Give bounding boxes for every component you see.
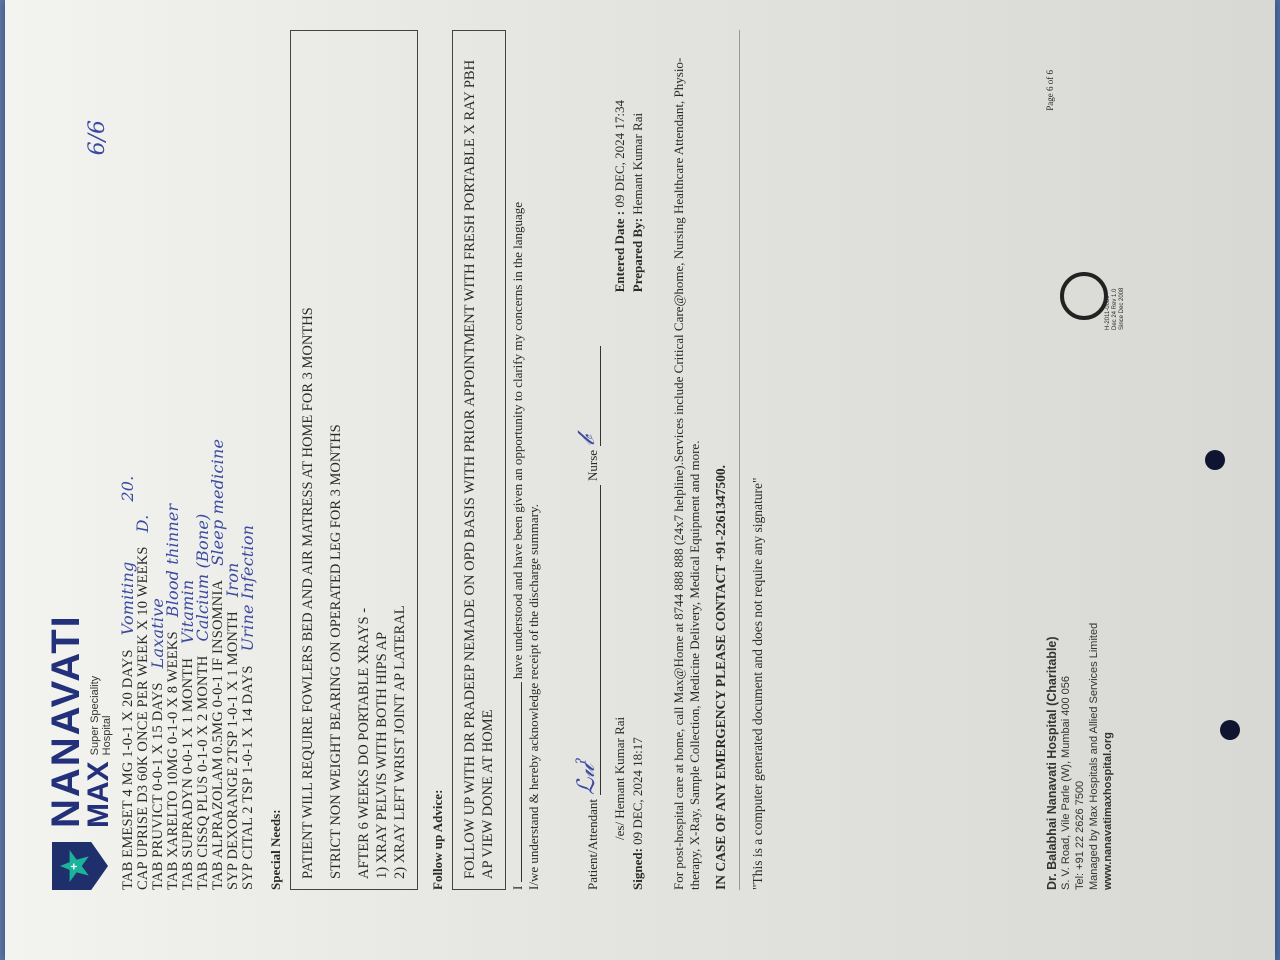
footer-hospital-name: Dr. Balabhai Nanavati Hospital (Charitab… [1045,623,1059,890]
special-needs-label: Special Needs: [268,30,284,890]
handwritten-note: Urine Infection [241,525,256,652]
certification-text: H-2011-0089Dec 24 Rev 1.0Since Dec 2008 [1105,288,1126,330]
medication-item: SYP DEXORANGE 2TSP 1-0-1 X 1 MONTHIron [226,30,241,890]
emergency-contact: IN CASE OF ANY EMERGENCY PLEASE CONTACT … [713,30,729,890]
medication-text: TAB PRUVICT 0-0-1 X 15 DAYS [151,682,166,890]
footer-address: S. V. Road, Vile Parle (W), Mumbai 400 0… [1059,623,1073,890]
certification-seal-icon [1060,272,1108,320]
special-need-line: 2) XRAY LEFT WRIST JOINT AP LATERAL [391,41,409,879]
prepared-by: Hemant Kumar Rai [630,113,645,215]
document-body: + NANAVATI MAX Super Speciality Hospital… [45,30,766,890]
footer-tel: Tel: +91 22 2626 7500 [1073,623,1087,890]
medication-item: TAB SUPRADYN 0-0-1 X 1 MONTHVitamin [181,30,196,890]
medication-item: TAB PRUVICT 0-0-1 X 15 DAYSLaxative [151,30,166,890]
post-care-info: For post-hospital care at home, call Max… [671,30,703,890]
special-need-line: STRICT NON WEIGHT BEARING ON OPERATED LE… [327,41,345,879]
hospital-logo: + NANAVATI MAX Super Speciality Hospital [45,30,115,890]
acknowledgement-line-2: I/we understand & hereby acknowledge rec… [526,504,541,890]
medication-text: SYP DEXORANGE 2TSP 1-0-1 X 1 MONTH [226,611,241,890]
brand-subtitle-2: Hospital [101,676,113,756]
signed-date: 09 DEC, 2024 18:17 [630,737,645,845]
follow-up-text: FOLLOW UP WITH DR PRADEEP NEMADE ON OPD … [461,41,497,879]
punch-hole [1205,450,1225,470]
special-need-line: PATIENT WILL REQUIRE FOWLERS BED AND AIR… [299,41,317,879]
acknowledgement: I have understood and have been given an… [510,30,542,890]
handwritten-note: 20. [121,476,136,502]
medication-text: SYP CITAL 2 TSP 1-0-1 X 14 DAYS [241,665,256,890]
medication-text: TAB CISSQ PLUS 0-1-0 X 2 MONTH [196,656,211,890]
brand-name-2: MAX [85,761,113,828]
follow-up-label: Follow up Advice: [430,30,446,890]
medication-item: SYP CITAL 2 TSP 1-0-1 X 14 DAYSUrine Inf… [241,30,256,890]
medication-list: TAB EMESET 4 MG 1-0-1 X 20 DAYSVomiting2… [121,30,256,890]
signing-block: /es/ Hemant Kumar Rai Signed: 09 DEC, 20… [611,30,647,890]
hospital-footer: Dr. Balabhai Nanavati Hospital (Charitab… [1045,623,1115,890]
medication-text: TAB SUPRADYN 0-0-1 X 1 MONTH [181,658,196,890]
document-photo: 6/6 + NANAVATI MAX Super Speciality Hosp… [0,0,1280,960]
medication-item: CAP UPRISE D3 60K ONCE PER WEEK X 10 WEE… [136,30,151,890]
brand-name: NANAVATI [47,614,85,828]
medication-item: TAB EMESET 4 MG 1-0-1 X 20 DAYSVomiting2… [121,30,136,890]
signature-row: Patient/Attendant ℒ𝓊ˀ Nurse 𝒷 [572,30,601,890]
special-needs-box: PATIENT WILL REQUIRE FOWLERS BED AND AIR… [290,30,418,890]
handwritten-note: D. [136,515,151,533]
handwritten-note: Vomiting [121,562,136,636]
medication-item: TAB ALPRAZOLAM 0.5MG 0-0-1 IF INSOMNIASl… [211,30,226,890]
special-need-line: AFTER 6 WEEKS DO PORTABLE XRAYS - [355,41,373,879]
logo-shield-icon: + [52,842,108,890]
disclaimer: "This is a computer generated document a… [750,30,766,890]
special-need-line: 1) XRAY PELVIS WITH BOTH HIPS AP [373,41,391,879]
nurse-signature-line: 𝒷 [572,346,601,446]
nurse-label: Nurse [585,450,601,481]
footer-managed: Managed by Max Hospitals and Allied Serv… [1087,623,1101,890]
es-name: Hemant Kumar Rai [612,717,627,819]
patient-attendant-label: Patient/Attendant [585,799,601,890]
follow-up-box: FOLLOW UP WITH DR PRADEEP NEMADE ON OPD … [452,30,506,890]
punch-hole [1220,720,1240,740]
brand-subtitle: Super Speciality [89,676,101,756]
discharge-summary-page: 6/6 + NANAVATI MAX Super Speciality Hosp… [5,0,1275,960]
footer-website: www.nanavatimaxhospital.org [1101,623,1115,890]
acknowledgement-line-1: have understood and have been given an o… [510,202,525,679]
patient-signature-line: ℒ𝓊ˀ [572,485,601,795]
medication-text: TAB EMESET 4 MG 1-0-1 X 20 DAYS [121,649,136,890]
medication-text: TAB XARELTO 10MG 0-1-0 X 8 WEEKS [166,631,181,890]
medication-text: TAB ALPRAZOLAM 0.5MG 0-0-1 IF INSOMNIA [211,580,226,890]
medication-item: TAB XARELTO 10MG 0-1-0 X 8 WEEKSBlood th… [166,30,181,890]
page-number: Page 6 of 6 [1045,70,1055,111]
entered-date: 09 DEC, 2024 17:34 [612,100,627,208]
handwritten-note: Sleep medicine [211,439,226,566]
